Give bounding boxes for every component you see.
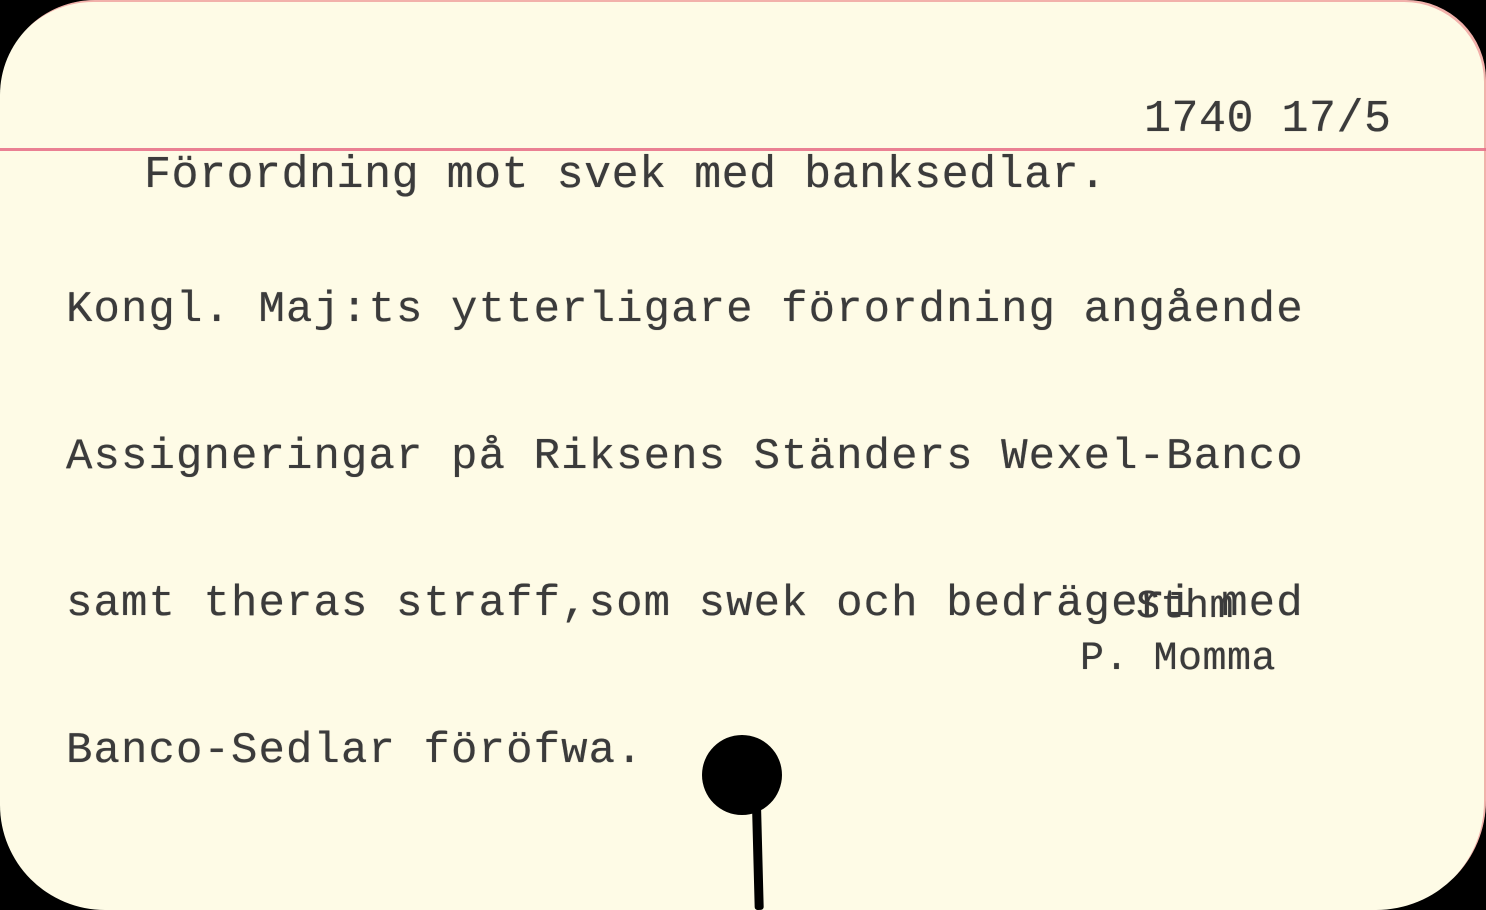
description-line: Assigneringar på Riksens Ständers Wexel-… (66, 433, 1304, 482)
card-description: Kongl. Maj:ts ytterligare förordning ang… (66, 188, 1304, 874)
description-line: samt theras straff,som swek och bedräger… (66, 580, 1304, 629)
catalog-card: Förordning mot svek med banksedlar. 1740… (0, 0, 1486, 910)
description-line: Kongl. Maj:ts ytterligare förordning ang… (66, 286, 1304, 335)
card-date: 1740 17/5 (1144, 92, 1392, 148)
punch-hole-icon (702, 735, 782, 815)
description-line: Banco-Sedlar föröfwa. (66, 727, 1304, 776)
imprint-publisher: P. Momma (1080, 638, 1276, 682)
heading-rule (0, 148, 1486, 151)
imprint-place: Sthm (1136, 586, 1234, 630)
